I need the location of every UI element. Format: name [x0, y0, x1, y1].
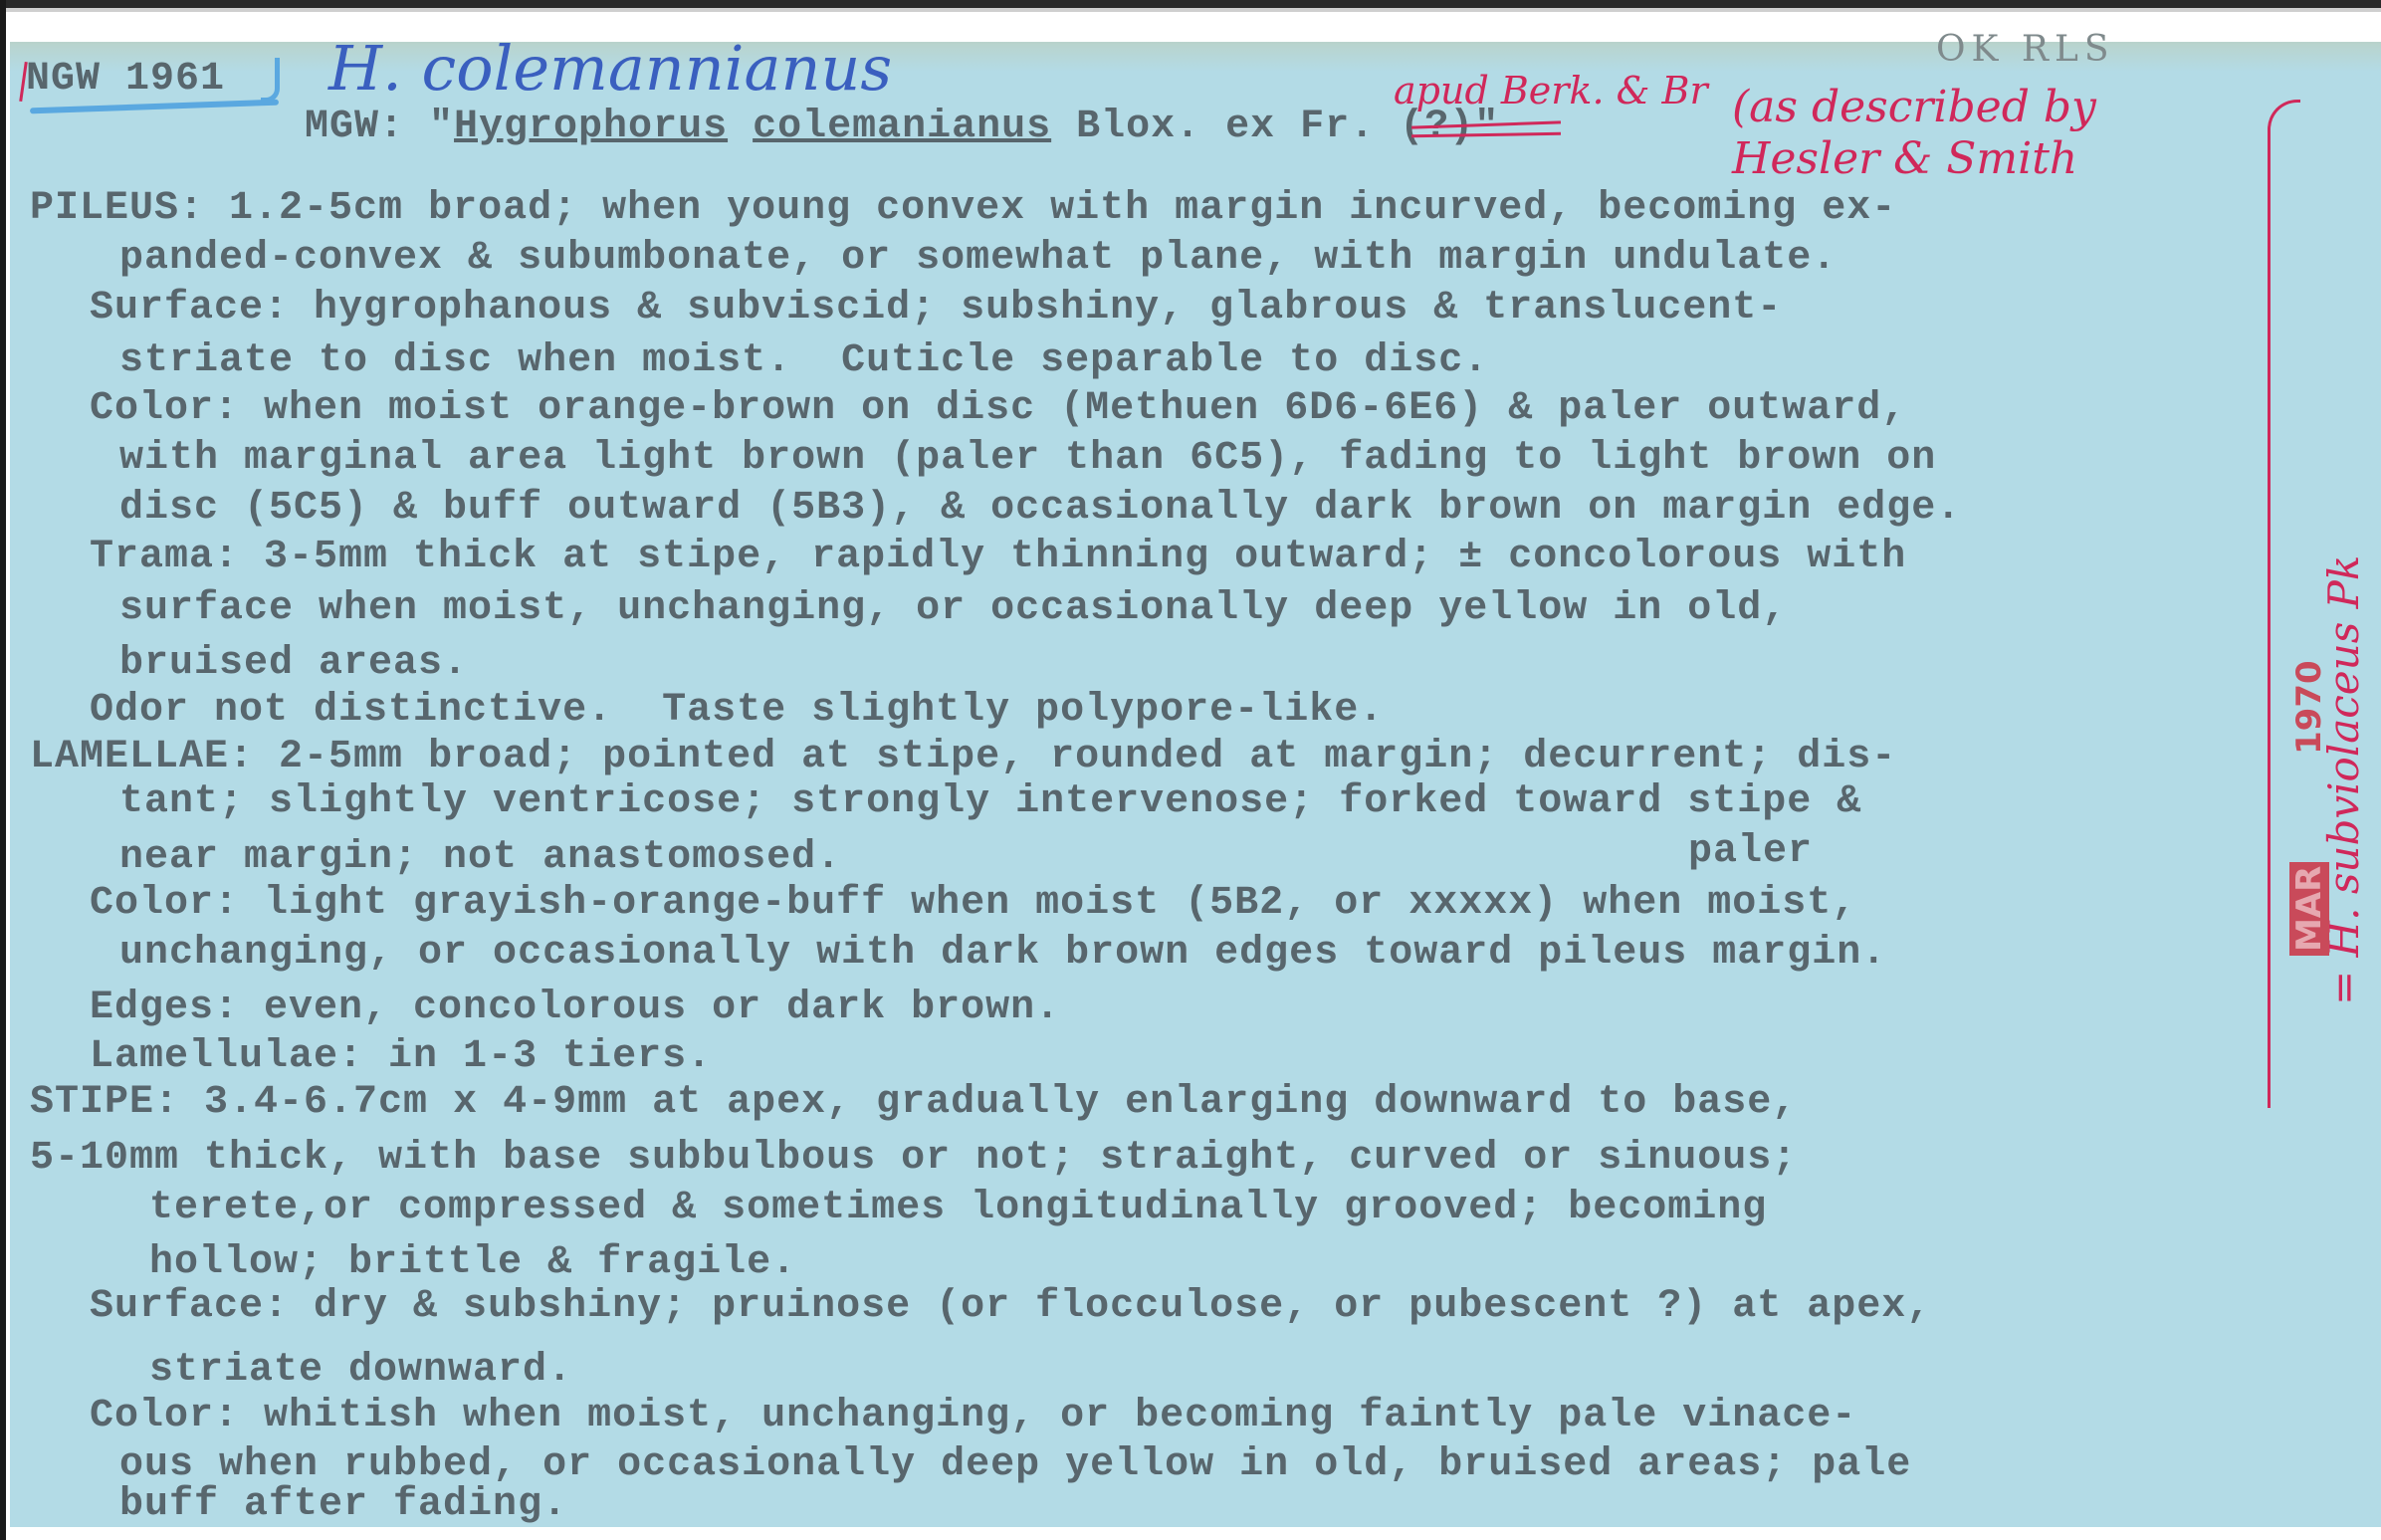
header-genus: Hygrophorus [454, 105, 728, 149]
description-line: hollow; brittle & fragile. [149, 1243, 796, 1283]
handwritten-species-name: H. colemannianus [328, 38, 892, 100]
description-line: Odor not distinctive. Taste slightly pol… [90, 691, 1384, 731]
description-line: Surface: dry & subshiny; pruinose (or fl… [90, 1287, 1931, 1327]
margin-bracket [2268, 100, 2300, 1108]
interlinear-insert: paler [1688, 832, 1813, 872]
description-line: terete,or compressed & sometimes longitu… [149, 1189, 1767, 1228]
description-line: PILEUS: 1.2-5cm broad; when young convex… [30, 189, 1896, 229]
header-author: Blox. [1051, 105, 1225, 149]
description-line: surface when moist, unchanging, or occas… [119, 589, 1787, 629]
description-line: disc (5C5) & buff outward (5B3), & occas… [119, 489, 1961, 529]
annotation-described-by: (as described by [1732, 86, 2096, 129]
annotation-authors: Hesler & Smith [1732, 137, 2077, 181]
description-line: unchanging, or occasionally with dark br… [119, 934, 1886, 974]
description-line: striate downward. [149, 1351, 572, 1391]
description-line: Edges: even, concolorous or dark brown. [90, 989, 1060, 1028]
description-line: panded-convex & subumbonate, or somewhat… [119, 239, 1837, 279]
description-line: buff after fading. [119, 1485, 567, 1525]
date-stamp-month: MAR [2289, 862, 2329, 956]
description-line: 5-10mm thick, with base subbulbous or no… [30, 1139, 1797, 1179]
description-line: Color: light grayish-orange-buff when mo… [90, 884, 1856, 924]
scan-top-border-shadow [0, 8, 2381, 12]
description-line: bruised areas. [119, 644, 468, 684]
header-struck: ex Fr. [1225, 105, 1375, 149]
scan-left-border [0, 0, 6, 1540]
blue-bracket-mark [261, 58, 280, 103]
description-line: Color: whitish when moist, unchanging, o… [90, 1397, 1856, 1436]
reviewer-initials: OK RLS [1936, 32, 2115, 68]
description-line: Color: when moist orange-brown on disc (… [90, 389, 1906, 429]
description-line: Surface: hygrophanous & subviscid; subsh… [90, 289, 1782, 329]
description-line: STIPE: 3.4-6.7cm x 4-9mm at apex, gradua… [30, 1083, 1797, 1123]
header-line: MGW: "Hygrophorus colemanianus Blox. ex … [305, 108, 1499, 147]
scan-top-border [0, 0, 2381, 8]
description-line: tant; slightly ventricose; strongly inte… [119, 782, 1861, 822]
accession-number: NGW 1961 [26, 60, 225, 100]
header-species: colemanianus [753, 105, 1051, 149]
description-line: Lamellulae: in 1-3 tiers. [90, 1037, 712, 1077]
description-line: with marginal area light brown (paler th… [119, 439, 1936, 479]
date-stamp-year: 1970 [2289, 660, 2329, 755]
description-line: LAMELLAE: 2-5mm broad; pointed at stipe,… [30, 738, 1896, 777]
description-line: Trama: 3-5mm thick at stipe, rapidly thi… [90, 538, 1906, 577]
description-line: near margin; not anastomosed. [119, 838, 841, 878]
header-prefix: MGW: " [305, 105, 454, 149]
description-line: ous when rubbed, or occasionally deep ye… [119, 1445, 1911, 1485]
description-line: striate to disc when moist. Cuticle sepa… [119, 341, 1488, 381]
